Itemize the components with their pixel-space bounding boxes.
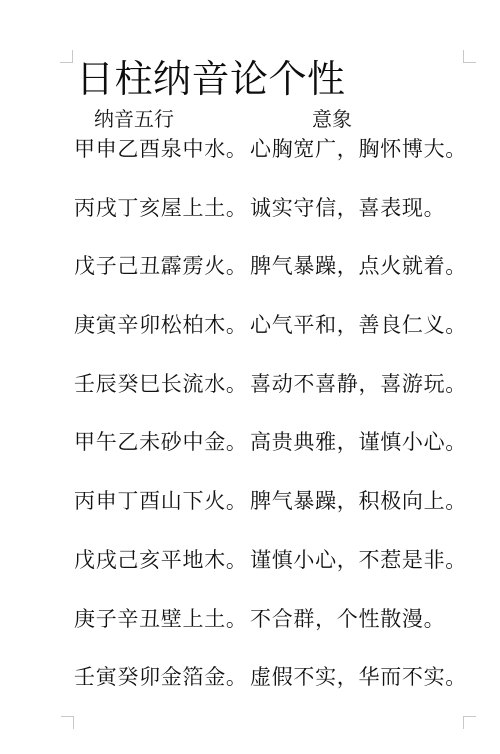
document-title: 日柱纳音论个性	[76, 56, 346, 102]
imagery-cell: 心胸宽广，胸怀博大。	[250, 134, 467, 164]
nayin-cell: 戊子己丑霹雳火。	[74, 251, 248, 281]
imagery-cell: 诚实守信，喜表现。	[250, 193, 445, 223]
nayin-table: 甲申乙酉泉中水。 心胸宽广，胸怀博大。 丙戌丁亥屋上土。 诚实守信，喜表现。 戊…	[0, 134, 500, 721]
table-row: 甲申乙酉泉中水。 心胸宽广，胸怀博大。	[0, 134, 500, 193]
nayin-cell: 庚子辛丑壁上土。	[74, 604, 248, 634]
table-row: 戊戌己亥平地木。 谨慎小心，不惹是非。	[0, 545, 500, 604]
imagery-cell: 脾气暴躁，积极向上。	[250, 486, 467, 516]
column-header-imagery: 意象	[312, 106, 352, 132]
imagery-cell: 喜动不喜静，喜游玩。	[250, 369, 467, 399]
imagery-cell: 虚假不实，华而不实。	[250, 662, 467, 692]
page-corner-mark-top-left	[60, 50, 73, 63]
nayin-cell: 戊戌己亥平地木。	[74, 545, 248, 575]
nayin-cell: 庚寅辛卯松柏木。	[74, 310, 248, 340]
nayin-cell: 壬寅癸卯金箔金。	[74, 662, 248, 692]
page-corner-mark-top-right	[463, 50, 476, 63]
imagery-cell: 谨慎小心，不惹是非。	[250, 545, 467, 575]
table-row: 庚子辛丑壁上土。 不合群，个性散漫。	[0, 604, 500, 663]
imagery-cell: 心气平和，善良仁义。	[250, 310, 467, 340]
imagery-cell: 脾气暴躁，点火就着。	[250, 251, 467, 281]
nayin-cell: 甲午乙未砂中金。	[74, 427, 248, 457]
column-header-nayin: 纳音五行	[94, 106, 174, 132]
nayin-cell: 丙戌丁亥屋上土。	[74, 193, 248, 223]
imagery-cell: 不合群，个性散漫。	[250, 604, 445, 634]
imagery-cell: 高贵典雅，谨慎小心。	[250, 427, 467, 457]
nayin-cell: 壬辰癸巳长流水。	[74, 369, 248, 399]
table-row: 壬寅癸卯金箔金。 虚假不实，华而不实。	[0, 662, 500, 721]
table-row: 丙申丁酉山下火。 脾气暴躁，积极向上。	[0, 486, 500, 545]
table-row: 壬辰癸巳长流水。 喜动不喜静，喜游玩。	[0, 369, 500, 428]
table-row: 庚寅辛卯松柏木。 心气平和，善良仁义。	[0, 310, 500, 369]
table-row: 甲午乙未砂中金。 高贵典雅，谨慎小心。	[0, 427, 500, 486]
nayin-cell: 甲申乙酉泉中水。	[74, 134, 248, 164]
table-row: 戊子己丑霹雳火。 脾气暴躁，点火就着。	[0, 251, 500, 310]
nayin-cell: 丙申丁酉山下火。	[74, 486, 248, 516]
table-row: 丙戌丁亥屋上土。 诚实守信，喜表现。	[0, 193, 500, 252]
